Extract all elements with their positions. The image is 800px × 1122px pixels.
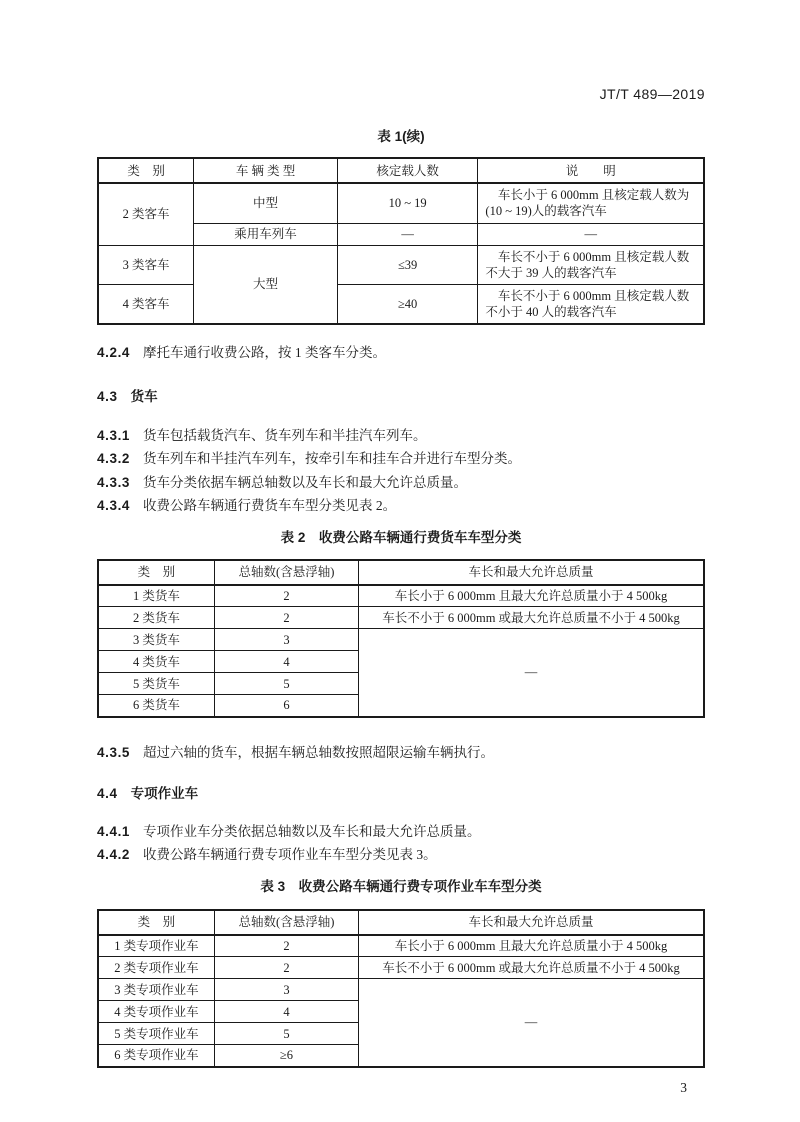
cell-capacity: — — [337, 223, 478, 245]
clause-group-4-4: 4.4.1专项作业车分类依据总轴数以及车长和最大允许总质量。 4.4.2收费公路… — [97, 820, 705, 867]
cell-axles: 4 — [214, 651, 358, 673]
cell-category: 3 类货车 — [98, 629, 214, 651]
cell-category: 1 类货车 — [98, 585, 214, 607]
clause-number: 4.3.2 — [97, 451, 130, 466]
table3-col-length-mass: 车长和最大允许总质量 — [359, 910, 704, 935]
cell-category: 4 类专项作业车 — [98, 1001, 214, 1023]
clause-4-3-2: 4.3.2货车列车和半挂汽车列车，按牵引车和挂车合并进行车型分类。 — [97, 447, 705, 471]
table-row: 1 类货车 2 车长小于 6 000mm 且最大允许总质量小于 4 500kg — [98, 585, 704, 607]
page-content: JT/T 489—2019 表 1(续) 类 别 车 辆 类 型 核定载人数 说… — [97, 0, 705, 1096]
clause-number: 4.4.2 — [97, 847, 130, 862]
section-heading-4-3: 4.3货车 — [97, 385, 705, 409]
cell-category: 4 类货车 — [98, 651, 214, 673]
cell-capacity: ≥40 — [337, 284, 478, 324]
cell-axles: 2 — [214, 607, 358, 629]
cell-vehicle-type: 中型 — [194, 183, 338, 223]
section-number: 4.4 — [97, 786, 118, 801]
table1-header-row: 类 别 车 辆 类 型 核定载人数 说 明 — [98, 158, 704, 183]
table-row: 2 类客车 中型 10 ~ 19 车长小于 6 000mm 且核定载人数为(10… — [98, 183, 704, 223]
cell-description: 车长不小于 6 000mm 或最大允许总质量不小于 4 500kg — [359, 607, 704, 629]
table2-truck-classification: 类 别 总轴数(含悬浮轴) 车长和最大允许总质量 1 类货车 2 车长小于 6 … — [97, 559, 705, 718]
cell-axles: ≥6 — [214, 1045, 358, 1067]
section-title: 专项作业车 — [131, 786, 199, 801]
table1-col-category: 类 别 — [98, 158, 194, 183]
table-row: 4 类客车 ≥40 车长不小于 6 000mm 且核定载人数不小于 40 人的载… — [98, 284, 704, 324]
table2-header-row: 类 别 总轴数(含悬浮轴) 车长和最大允许总质量 — [98, 560, 704, 585]
cell-description: — — [478, 223, 704, 245]
cell-category: 2 类客车 — [98, 183, 194, 245]
table3-col-axles: 总轴数(含悬浮轴) — [214, 910, 358, 935]
table1-col-capacity: 核定载人数 — [337, 158, 478, 183]
cell-category: 4 类客车 — [98, 284, 194, 324]
clause-text: 专项作业车分类依据总轴数以及车长和最大允许总质量。 — [143, 824, 481, 839]
page-number: 3 — [97, 1080, 705, 1096]
table3-caption: 表 3 收费公路车辆通行费专项作业车车型分类 — [97, 878, 705, 895]
clause-4-3-5: 4.3.5超过六轴的货车，根据车辆总轴数按照超限运输车辆执行。 — [97, 741, 705, 765]
table-row: 2 类专项作业车 2 车长不小于 6 000mm 或最大允许总质量不小于 4 5… — [98, 957, 704, 979]
table3-header-row: 类 别 总轴数(含悬浮轴) 车长和最大允许总质量 — [98, 910, 704, 935]
table2-col-length-mass: 车长和最大允许总质量 — [359, 560, 704, 585]
cell-axles: 2 — [214, 935, 358, 957]
clause-number: 4.4.1 — [97, 824, 130, 839]
clause-4-2-4: 4.2.4摩托车通行收费公路，按 1 类客车分类。 — [97, 341, 705, 365]
cell-description: 车长不小于 6 000mm 或最大允许总质量不小于 4 500kg — [359, 957, 704, 979]
cell-description: 车长不小于 6 000mm 且核定载人数不大于 39 人的载客汽车 — [478, 245, 704, 284]
section-heading-4-4: 4.4专项作业车 — [97, 782, 705, 806]
table2-col-category: 类 别 — [98, 560, 214, 585]
clause-number: 4.3.5 — [97, 745, 130, 760]
clause-4-3-3: 4.3.3货车分类依据车辆总轴数以及车长和最大允许总质量。 — [97, 471, 705, 495]
table-row: 3 类专项作业车 3 — — [98, 979, 704, 1001]
cell-description: 车长小于 6 000mm 且最大允许总质量小于 4 500kg — [359, 585, 704, 607]
table3-special-operation-vehicle-classification: 类 别 总轴数(含悬浮轴) 车长和最大允许总质量 1 类专项作业车 2 车长小于… — [97, 909, 705, 1068]
cell-axles: 3 — [214, 979, 358, 1001]
clause-text: 收费公路车辆通行费专项作业车车型分类见表 3。 — [143, 847, 437, 862]
cell-category: 5 类专项作业车 — [98, 1023, 214, 1045]
clause-text: 摩托车通行收费公路，按 1 类客车分类。 — [143, 345, 386, 360]
cell-vehicle-type: 乘用车列车 — [194, 223, 338, 245]
section-title: 货车 — [131, 389, 158, 404]
doc-number: JT/T 489—2019 — [97, 86, 705, 102]
clause-text: 货车分类依据车辆总轴数以及车长和最大允许总质量。 — [143, 475, 467, 490]
cell-axles: 3 — [214, 629, 358, 651]
clause-4-3-4: 4.3.4收费公路车辆通行费货车车型分类见表 2。 — [97, 494, 705, 518]
clause-4-3-1: 4.3.1货车包括载货汽车、货车列车和半挂汽车列车。 — [97, 424, 705, 448]
cell-category: 3 类专项作业车 — [98, 979, 214, 1001]
table-row: 1 类专项作业车 2 车长小于 6 000mm 且最大允许总质量小于 4 500… — [98, 935, 704, 957]
clause-text: 货车列车和半挂汽车列车，按牵引车和挂车合并进行车型分类。 — [143, 451, 521, 466]
cell-description-merged: — — [359, 979, 704, 1067]
clause-text: 收费公路车辆通行费货车车型分类见表 2。 — [143, 498, 396, 513]
clause-4-4-1: 4.4.1专项作业车分类依据总轴数以及车长和最大允许总质量。 — [97, 820, 705, 844]
cell-category: 5 类货车 — [98, 673, 214, 695]
cell-axles: 2 — [214, 957, 358, 979]
table3-col-category: 类 别 — [98, 910, 214, 935]
cell-category: 6 类专项作业车 — [98, 1045, 214, 1067]
document-page: JT/T 489—2019 表 1(续) 类 别 车 辆 类 型 核定载人数 说… — [0, 0, 800, 1122]
clause-number: 4.2.4 — [97, 345, 130, 360]
clause-group-4-3: 4.3.1货车包括载货汽车、货车列车和半挂汽车列车。 4.3.2货车列车和半挂汽… — [97, 424, 705, 518]
cell-category: 1 类专项作业车 — [98, 935, 214, 957]
clause-number: 4.3.1 — [97, 428, 130, 443]
clause-number: 4.3.4 — [97, 498, 130, 513]
clause-4-4-2: 4.4.2收费公路车辆通行费专项作业车车型分类见表 3。 — [97, 843, 705, 867]
cell-capacity: 10 ~ 19 — [337, 183, 478, 223]
clause-text: 超过六轴的货车，根据车辆总轴数按照超限运输车辆执行。 — [143, 745, 494, 760]
table2-caption: 表 2 收费公路车辆通行费货车车型分类 — [97, 529, 705, 546]
table1-caption: 表 1(续) — [97, 128, 705, 145]
clause-text: 货车包括载货汽车、货车列车和半挂汽车列车。 — [143, 428, 427, 443]
cell-category: 2 类货车 — [98, 607, 214, 629]
table1-passenger-vehicle-classification: 类 别 车 辆 类 型 核定载人数 说 明 2 类客车 中型 10 ~ 19 车… — [97, 157, 705, 325]
cell-vehicle-type: 大型 — [194, 245, 338, 324]
cell-axles: 2 — [214, 585, 358, 607]
cell-axles: 5 — [214, 1023, 358, 1045]
cell-description: 车长小于 6 000mm 且最大允许总质量小于 4 500kg — [359, 935, 704, 957]
cell-capacity: ≤39 — [337, 245, 478, 284]
cell-description: 车长小于 6 000mm 且核定载人数为(10 ~ 19)人的载客汽车 — [478, 183, 704, 223]
table-row: 3 类客车 大型 ≤39 车长不小于 6 000mm 且核定载人数不大于 39 … — [98, 245, 704, 284]
table2-col-axles: 总轴数(含悬浮轴) — [214, 560, 358, 585]
table1-col-description: 说 明 — [478, 158, 704, 183]
table-row: 3 类货车 3 — — [98, 629, 704, 651]
cell-category: 6 类货车 — [98, 695, 214, 717]
table-row: 2 类货车 2 车长不小于 6 000mm 或最大允许总质量不小于 4 500k… — [98, 607, 704, 629]
clause-number: 4.3.3 — [97, 475, 130, 490]
cell-description: 车长不小于 6 000mm 且核定载人数不小于 40 人的载客汽车 — [478, 284, 704, 324]
table1-col-vehicle-type: 车 辆 类 型 — [194, 158, 338, 183]
cell-category: 2 类专项作业车 — [98, 957, 214, 979]
cell-category: 3 类客车 — [98, 245, 194, 284]
cell-axles: 4 — [214, 1001, 358, 1023]
cell-description-merged: — — [359, 629, 704, 717]
section-number: 4.3 — [97, 389, 118, 404]
cell-axles: 6 — [214, 695, 358, 717]
cell-axles: 5 — [214, 673, 358, 695]
